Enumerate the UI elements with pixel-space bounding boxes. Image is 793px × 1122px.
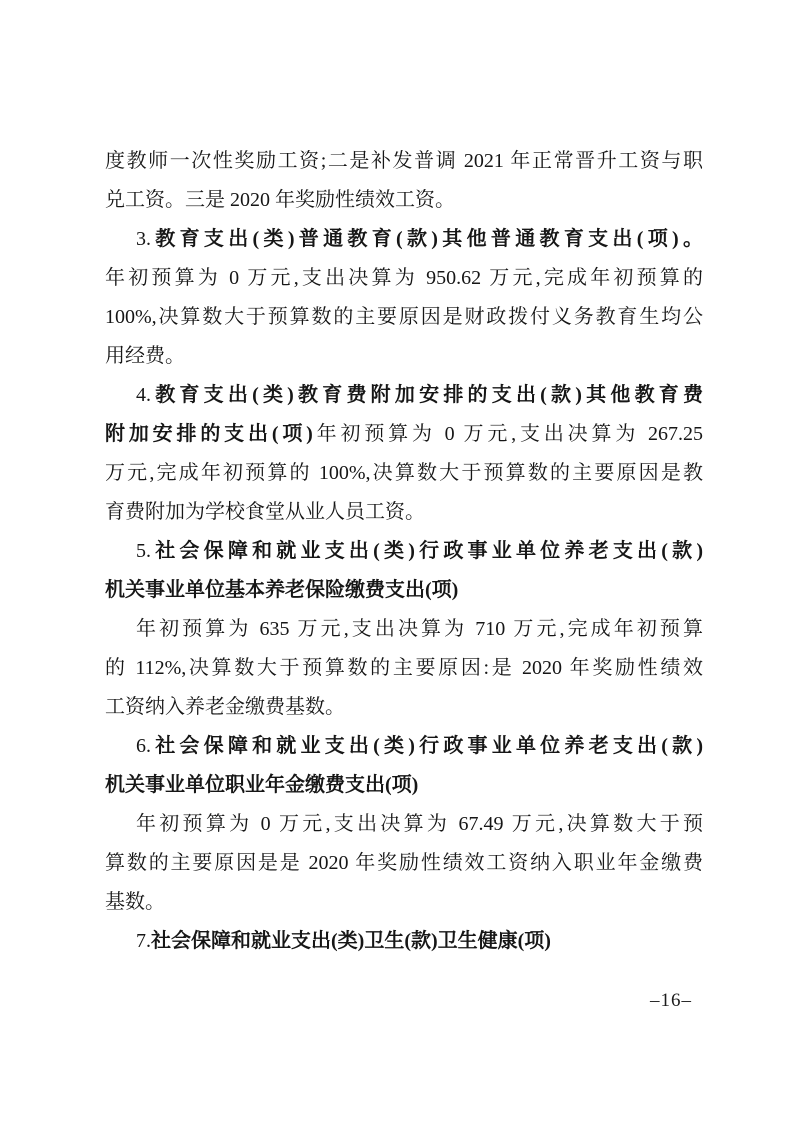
heading-text-run: 机关事业单位职业年金缴费支出(项): [105, 774, 418, 796]
body-text-run: 3.: [136, 228, 151, 250]
text-line: 算数的主要原因是是 2020 年奖励性绩效工资纳入职业年金缴费: [105, 844, 703, 883]
document-page: 度教师一次性奖励工资;二是补发普调 2021 年正常晋升工资与职兑工资。三是 2…: [0, 0, 793, 1122]
text-line: 万元,完成年初预算的 100%,决算数大于预算数的主要原因是教: [105, 454, 703, 493]
text-line: 年初预算为 635 万元,支出决算为 710 万元,完成年初预算: [105, 610, 703, 649]
text-line: 兑工资。三是 2020 年奖励性绩效工资。: [105, 181, 703, 220]
body-text-run: 的 112%,决算数大于预算数的主要原因:是 2020 年奖励性绩效: [105, 657, 703, 679]
text-line: 基数。: [105, 883, 703, 922]
body-text-run: 度教师一次性奖励工资;二是补发普调 2021 年正常晋升工资与职: [105, 150, 703, 172]
body-text-run: 4.: [136, 384, 151, 406]
text-line: 的 112%,决算数大于预算数的主要原因:是 2020 年奖励性绩效: [105, 649, 703, 688]
text-line: 6.社会保障和就业支出(类)行政事业单位养老支出(款): [105, 727, 703, 766]
body-text-run: 5.: [136, 540, 151, 562]
text-line: 3.教育支出(类)普通教育(款)其他普通教育支出(项)。: [105, 220, 703, 259]
body-text-run: 兑工资。三是 2020 年奖励性绩效工资。: [105, 189, 455, 211]
text-line: 附加安排的支出(项)年初预算为 0 万元,支出决算为 267.25: [105, 415, 703, 454]
text-line: 机关事业单位基本养老保险缴费支出(项): [105, 571, 703, 610]
page-number: –16–: [650, 990, 692, 1012]
body-text-run: 6.: [136, 735, 151, 757]
text-line: 100%,决算数大于预算数的主要原因是财政拨付义务教育生均公: [105, 298, 703, 337]
heading-text-run: 教育支出(类)教育费附加安排的支出(款)其他教育费: [151, 384, 703, 406]
heading-text-run: 社会保障和就业支出(类)行政事业单位养老支出(款): [151, 540, 703, 562]
text-line: 5.社会保障和就业支出(类)行政事业单位养老支出(款): [105, 532, 703, 571]
body-text-run: 算数的主要原因是是 2020 年奖励性绩效工资纳入职业年金缴费: [105, 852, 703, 874]
body-text-run: 万元,完成年初预算的 100%,决算数大于预算数的主要原因是教: [105, 462, 703, 484]
body-text-run: 年初预算为 635 万元,支出决算为 710 万元,完成年初预算: [136, 618, 703, 640]
body-text-run: 工资纳入养老金缴费基数。: [105, 696, 345, 718]
heading-text-run: 机关事业单位基本养老保险缴费支出(项): [105, 579, 458, 601]
body-text-run: 年初预算为 0 万元,支出决算为 950.62 万元,完成年初预算的: [105, 267, 703, 289]
text-line: 4.教育支出(类)教育费附加安排的支出(款)其他教育费: [105, 376, 703, 415]
text-line: 育费附加为学校食堂从业人员工资。: [105, 493, 703, 532]
text-line: 度教师一次性奖励工资;二是补发普调 2021 年正常晋升工资与职: [105, 142, 703, 181]
text-line: 机关事业单位职业年金缴费支出(项): [105, 766, 703, 805]
heading-text-run: 社会保障和就业支出(类)卫生(款)卫生健康(项): [151, 930, 551, 952]
text-line: 年初预算为 0 万元,支出决算为 67.49 万元,决算数大于预: [105, 805, 703, 844]
text-line: 年初预算为 0 万元,支出决算为 950.62 万元,完成年初预算的: [105, 259, 703, 298]
document-body: 度教师一次性奖励工资;二是补发普调 2021 年正常晋升工资与职兑工资。三是 2…: [105, 142, 703, 961]
text-line: 用经费。: [105, 337, 703, 376]
body-text-run: 100%,决算数大于预算数的主要原因是财政拨付义务教育生均公: [105, 306, 703, 328]
text-line: 工资纳入养老金缴费基数。: [105, 688, 703, 727]
heading-text-run: 教育支出(类)普通教育(款)其他普通教育支出(项)。: [151, 228, 703, 250]
body-text-run: 年初预算为 0 万元,支出决算为 67.49 万元,决算数大于预: [136, 813, 703, 835]
heading-text-run: 附加安排的支出(项): [105, 423, 313, 445]
body-text-run: 基数。: [105, 891, 165, 913]
heading-text-run: 社会保障和就业支出(类)行政事业单位养老支出(款): [151, 735, 703, 757]
body-text-run: 用经费。: [105, 345, 185, 367]
body-text-run: 育费附加为学校食堂从业人员工资。: [105, 501, 425, 523]
body-text-run: 7.: [136, 930, 151, 952]
body-text-run: 年初预算为 0 万元,支出决算为 267.25: [313, 423, 703, 445]
text-line: 7.社会保障和就业支出(类)卫生(款)卫生健康(项): [105, 922, 703, 961]
